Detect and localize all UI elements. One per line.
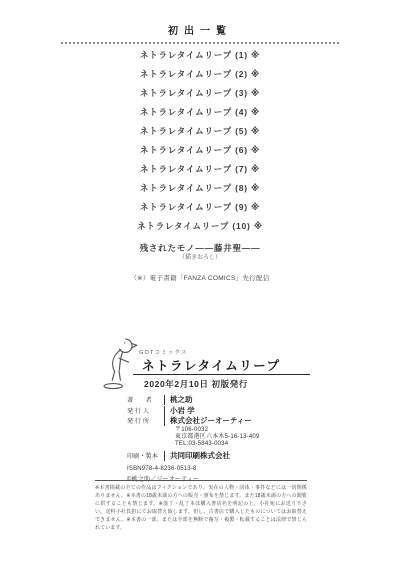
credit-row-publisher-company: 発 行 所 株式会社ジーオーティー [127,416,312,426]
credit-label: 発 行 所 [127,416,164,426]
section-title: 初出一覧 [0,22,400,37]
publication-footnote: （※）電子書籍「FANZA COMICS」先行配信 [0,273,400,282]
credit-row-printer: 印刷・製本 共同印刷株式会社 [127,451,312,461]
street-address: 東京都港区六本木5-16-13-409 [175,434,312,441]
publication-list-item: ネトラレタイムリープ (5) ※ [0,122,400,141]
credit-label: 印刷・製本 [127,451,164,461]
credit-row-publisher-person: 発 行 人 小岩 学 [127,406,312,416]
credit-label: 発 行 人 [127,406,164,416]
postal-code: 〒106-0032 [175,427,312,434]
publication-list: ネトラレタイムリープ (1) ※ ネトラレタイムリープ (2) ※ ネトラレタイ… [0,46,400,282]
book-title: ネトラレタイムリープ [142,356,281,374]
publication-list-item: ネトラレタイムリープ (8) ※ [0,179,400,198]
credit-value: 桃之助 [164,395,193,405]
dotted-divider [61,42,339,44]
credits-block: 著 者 桃之助 発 行 人 小岩 学 発 行 所 株式会社ジーオーティー 〒10… [127,395,312,483]
credit-value: 小岩 学 [164,406,195,416]
publication-list-item: ネトラレタイムリープ (4) ※ [0,103,400,122]
publication-list-item: ネトラレタイムリープ (9) ※ [0,198,400,217]
mascot-doodle-illustration [94,335,142,398]
publication-list-item: ネトラレタイムリープ (6) ※ [0,141,400,160]
publication-list-item: ネトラレタイムリープ (1) ※ [0,46,400,65]
legal-disclaimer: ※本書掲載の全ての作品はフィクションであり、実在の人物・団体・事件などには一切関… [95,480,307,532]
imprint-label: GOTコミックス [139,348,188,356]
credit-value: 株式会社ジーオーティー [164,416,252,426]
publication-list-item: ネトラレタイムリープ (7) ※ [0,160,400,179]
isbn: ISBN978-4-8236-0513-8 [127,466,312,472]
bonus-story-note: （描きおろし） [0,254,400,263]
edition-date: 2020年2月10日 初版発行 [144,378,248,390]
publisher-address: 〒106-0032 東京都港区六本木5-16-13-409 TEL:03-584… [170,427,312,449]
publication-list-item: ネトラレタイムリープ (2) ※ [0,65,400,84]
title-underline [133,374,310,375]
credit-row-author: 著 者 桃之助 [127,395,312,405]
colophon-page: 初出一覧 ネトラレタイムリープ (1) ※ ネトラレタイムリープ (2) ※ ネ… [0,0,400,568]
publication-list-section: 初出一覧 ネトラレタイムリープ (1) ※ ネトラレタイムリープ (2) ※ ネ… [0,22,400,282]
publication-list-item: ネトラレタイムリープ (3) ※ [0,84,400,103]
credit-value: 共同印刷株式会社 [164,451,230,461]
phone-number: TEL:03-5843-0034 [175,441,312,448]
publication-list-item: ネトラレタイムリープ (10) ※ [0,217,400,236]
bonus-story-title: 残されたモノ――藤井聖―― [0,240,400,254]
credit-label: 著 者 [127,395,164,405]
